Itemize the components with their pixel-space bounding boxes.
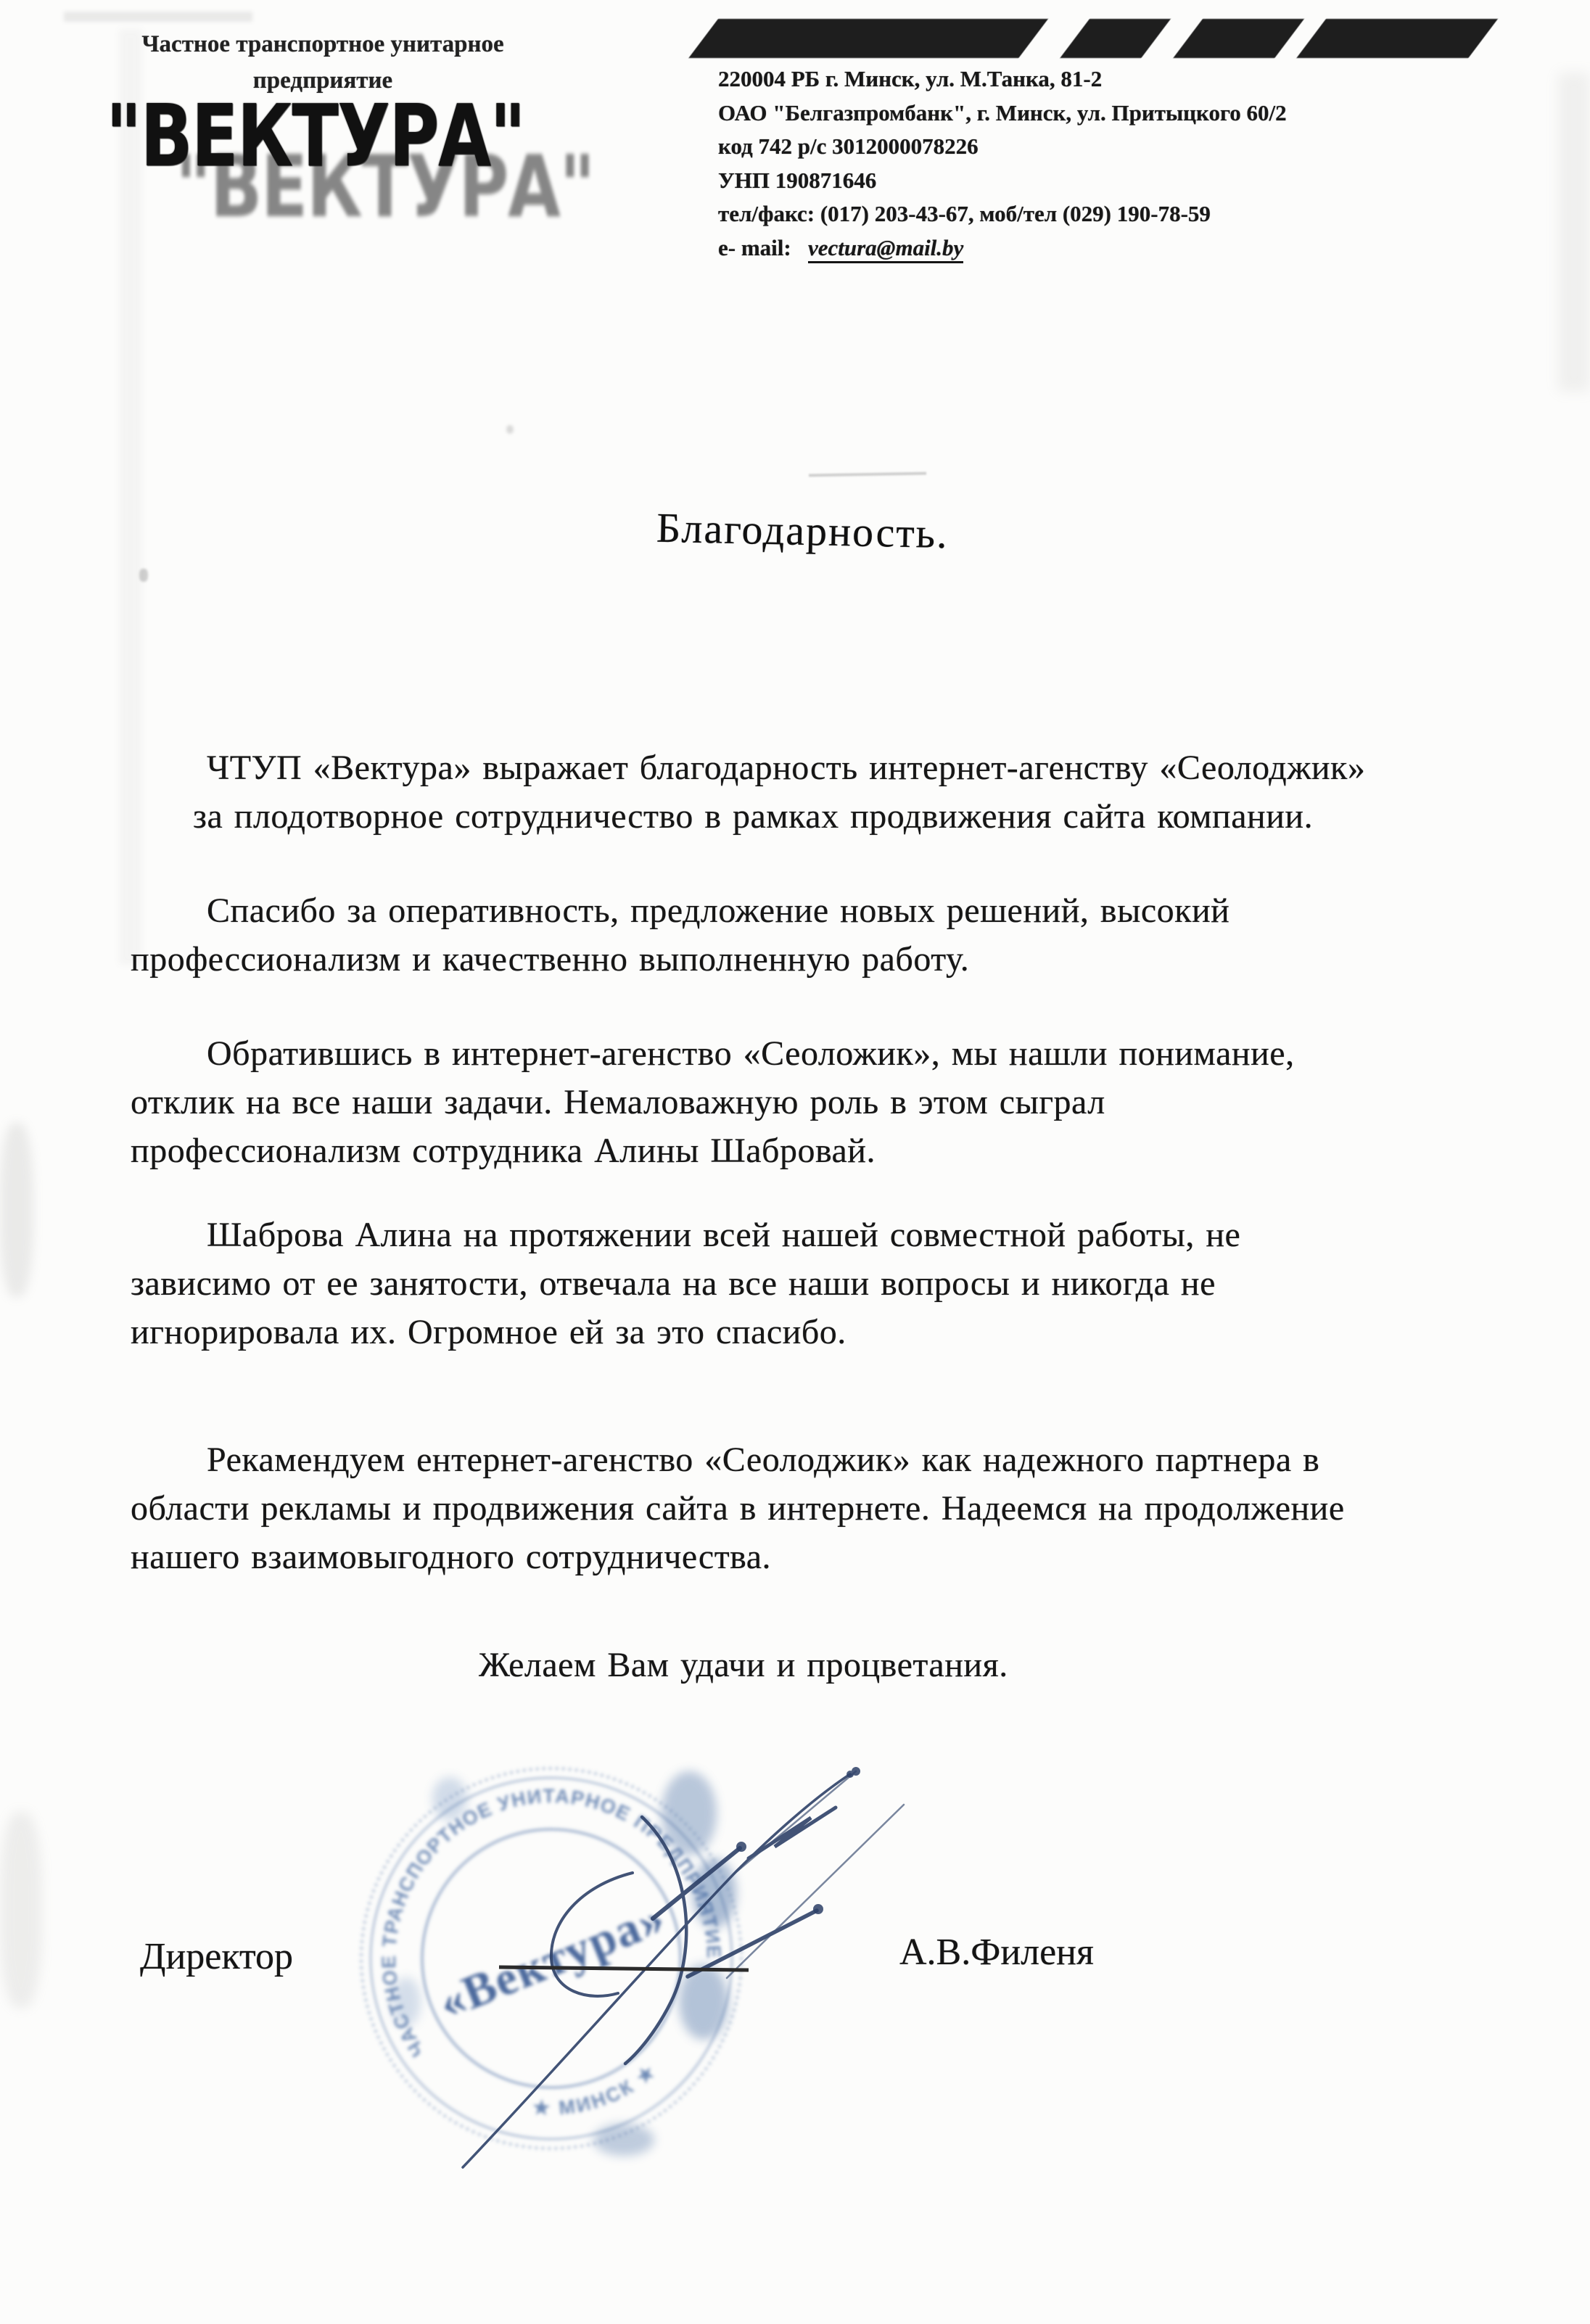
paragraph-line: отклик на все наши задачи. Немаловажную … — [131, 1082, 1105, 1122]
ink-blob — [847, 1771, 854, 1778]
ink-blob — [813, 1904, 823, 1914]
ink-blob — [736, 1842, 746, 1852]
address-line: 220004 РБ г. Минск, ул. М.Танка, 81-2 — [718, 62, 1487, 96]
unp-line: УНП 190871646 — [718, 164, 1487, 198]
handwritten-signature — [406, 1654, 957, 2205]
paragraph-line: за плодотворное сотрудничество в рамках … — [193, 796, 1313, 836]
scan-smudge — [0, 1123, 33, 1297]
signature-stroke — [733, 1771, 856, 1875]
paragraph-line: области рекламы и продвижения сайта в ин… — [131, 1488, 1345, 1528]
email-address: vectura@mail.by — [808, 235, 963, 263]
scan-smudge — [64, 12, 252, 22]
document-title: Благодарность. — [656, 503, 949, 558]
signature-stroke — [653, 1848, 740, 1919]
stripe-segment — [688, 19, 1048, 58]
paragraph-line: зависимо от ее занятости, отвечала на вс… — [131, 1264, 1216, 1303]
company-logo: "ВЕКТУРА" "ВЕКТУРА" — [106, 86, 628, 267]
signer-role-label: Директор — [140, 1935, 293, 1978]
signature-line — [499, 1967, 749, 1970]
paragraph-line: профессионализм сотрудника Алины Шаброва… — [131, 1131, 876, 1171]
scan-speck — [506, 425, 514, 434]
scan-smudge — [0, 1812, 42, 2008]
stripe-segment — [1296, 19, 1498, 58]
paragraph-line: Рекамендуем ентернет-агенство «Сеолоджик… — [207, 1440, 1319, 1480]
signature-stroke — [727, 1805, 904, 1978]
paragraph-line: игнорировала их. Огромное ей за это спас… — [131, 1312, 847, 1352]
logo-text: "ВЕКТУРА" — [106, 86, 524, 186]
paragraph-line: Спасибо за оперативность, предложение но… — [207, 891, 1229, 931]
scan-speck — [139, 569, 148, 582]
paragraph-line: нашего взаимовыгодного сотрудничества. — [131, 1537, 771, 1577]
signature-stroke — [551, 1873, 633, 1996]
paragraph-line: Обратившись в интернет-агенство «Сеоложи… — [207, 1034, 1295, 1074]
signature-stroke — [688, 1911, 817, 1977]
scan-smudge — [1558, 73, 1590, 392]
signature-stroke — [625, 1817, 686, 2064]
paragraph-line: Шаброва Алина на протяжении всей нашей с… — [207, 1215, 1240, 1255]
address-line: код 742 р/с 3012000078226 — [718, 130, 1487, 164]
company-type-line1: Частное транспортное унитарное — [80, 26, 566, 62]
stripe-segment — [1173, 19, 1304, 58]
signature-flourish — [749, 1808, 836, 1858]
letterhead-stripe-bar — [718, 19, 1502, 58]
paragraph-line: профессионализм и качественно выполненну… — [131, 939, 969, 979]
scan-artifact-line — [809, 472, 926, 477]
paragraph-line: ЧТУП «Вектура» выражает благодарность ин… — [207, 748, 1365, 788]
email-line: e- mail: vectura@mail.by — [718, 231, 1487, 265]
stripe-segment — [1060, 19, 1171, 58]
letterhead-address-block: 220004 РБ г. Минск, ул. М.Танка, 81-2 ОА… — [718, 62, 1487, 265]
address-line: ОАО "Белгазпромбанк", г. Минск, ул. Прит… — [718, 96, 1487, 131]
email-label: e- mail: — [718, 235, 791, 260]
phone-line: тел/факс: (017) 203-43-67, моб/тел (029)… — [718, 197, 1487, 231]
scanned-letter-page: Частное транспортное унитарное предприят… — [0, 0, 1590, 2324]
